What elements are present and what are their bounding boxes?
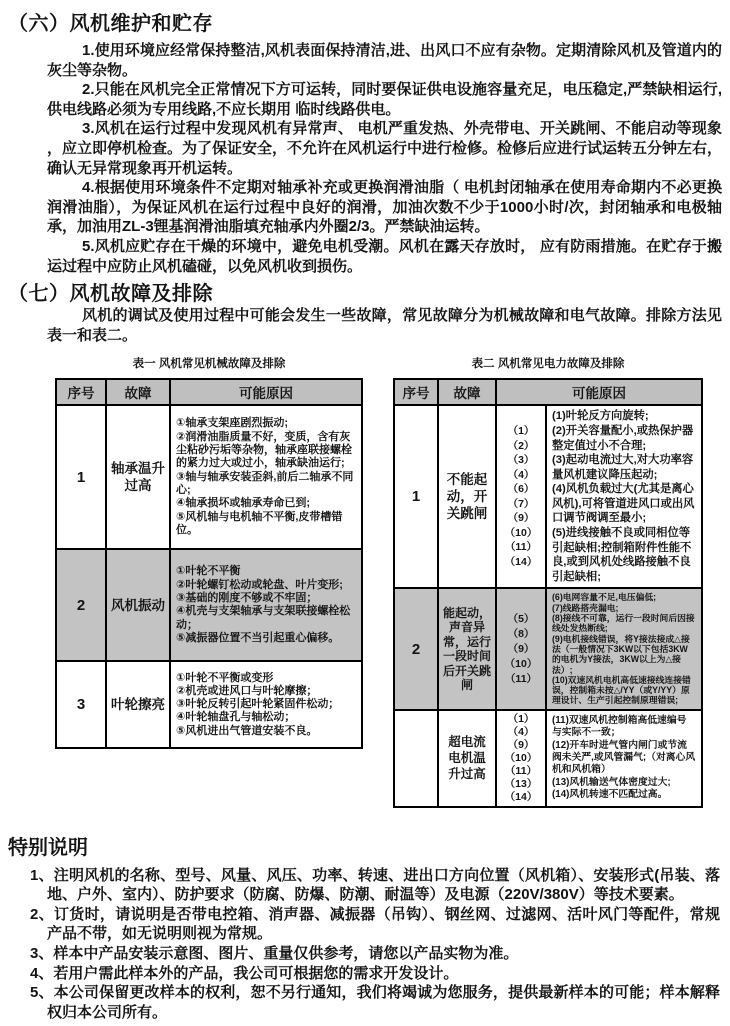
table2-header-cause: 可能原因 (496, 379, 702, 405)
table1-title: 表一 风机常见机械故障及排除 (55, 357, 363, 371)
table1-header-fault: 故障 (106, 379, 170, 405)
special-notes-title: 特别说明 (8, 836, 722, 860)
maintenance-paragraph-1: 1.使用环境应经常保持整洁,风机表面保持清洁,进、出风口不应有杂物。定期清除风机… (47, 41, 722, 80)
table1-row1-no: 1 (56, 405, 106, 549)
table2-header-row: 序号 故障 可能原因 (394, 379, 702, 405)
special-note-1: 1、注明风机的名称、型号、风量、风压、功率、转速、进出口方向位置（风机箱）、安装… (30, 866, 720, 905)
table2-row1-causes: (1)叶轮反方向旋转; (2)开关容量配小,或热保护器整定值过小不合理; (3)… (546, 405, 702, 588)
table2-row3-causes: (11)双速风机控制箱高低速编号与实际不一致； (12)开车时进气管内闸门或节流… (546, 710, 702, 807)
table2-row-1: 1 不能起动，开关跳闸 （1） （2） （3） （4） （6） （7） （9） … (394, 405, 702, 588)
table2-row1-no: 1 (394, 405, 438, 588)
maintenance-paragraph-3: 3.风机在运行过程中发现风机有异常声、 电机严重发热、外壳带电、开关跳闸、不能启… (47, 119, 722, 178)
table2-row2-fault: 能起动，声音异常，运行一段时间后开关跳闸 (438, 588, 496, 709)
table2-row3-no (394, 710, 438, 807)
table1-row1-fault: 轴承温升过高 (106, 405, 170, 549)
table2-header-fault: 故障 (438, 379, 496, 405)
table1-header-row: 序号 故障 可能原因 (56, 379, 362, 405)
table1-header-no: 序号 (56, 379, 106, 405)
special-note-2: 2、订货时，请说明是否带电控箱、消声器、减振器（吊钩）、钢丝网、过滤网、活叶风门… (30, 905, 720, 944)
mechanical-faults-table: 序号 故障 可能原因 1 轴承温升过高 ①轴承支架座剧烈振动; ②润滑油脂质量不… (55, 378, 363, 749)
fault-tables: 表一 风机常见机械故障及排除 序号 故障 可能原因 1 轴承温升过高 ①轴承支架… (55, 357, 730, 807)
section-faults-body: 风机的调试及使用过程中可能会发生一些故障，常见故障分为机械故障和电气故障。排除方… (47, 306, 722, 345)
special-notes-list: 1、注明风机的名称、型号、风量、风压、功率、转速、进出口方向位置（风机箱）、安装… (30, 866, 720, 1023)
table2-header-no: 序号 (394, 379, 438, 405)
table1-row2-no: 2 (56, 549, 106, 661)
table1-row3-causes: ①叶轮不平衡或变形 ②机壳或进风口与叶轮摩擦； ③叶轮反转引起叶轮紧固件松动； … (170, 661, 362, 748)
document-page: （六）风机维护和贮存 1.使用环境应经常保持整洁,风机表面保持清洁,进、出风口不… (0, 0, 730, 1026)
table2-row-2: 2 能起动，声音异常，运行一段时间后开关跳闸 （5） （8） （9） （10） … (394, 588, 702, 709)
special-note-4: 4、若用户需此样本外的产品，我公司可根据您的需求开发设计。 (30, 964, 720, 984)
table2-row2-no: 2 (394, 588, 438, 709)
electrical-faults-block: 表二 风机常见电力故障及排除 序号 故障 可能原因 1 不能起动，开关跳闸 （1… (393, 357, 703, 807)
table2-row1-fault: 不能起动，开关跳闸 (438, 405, 496, 588)
mechanical-faults-block: 表一 风机常见机械故障及排除 序号 故障 可能原因 1 轴承温升过高 ①轴承支架… (55, 357, 363, 807)
table1-header-cause: 可能原因 (170, 379, 362, 405)
table2-row-3: 超电流电机温升过高 （1） （4） （9） （10） （11） （13） （14… (394, 710, 702, 807)
special-note-3: 3、样本中产品安装示意图、图片、重量仅供参考，请您以产品实物为准。 (30, 944, 720, 964)
maintenance-paragraph-5: 5.风机应贮存在干燥的环境中，避免电机受潮。风机在露天存放时， 应有防雨措施。在… (47, 237, 722, 276)
table2-title: 表二 风机常见电力故障及排除 (393, 357, 703, 371)
section-maintenance-title: （六）风机维护和贮存 (8, 12, 722, 36)
table2-row3-fault: 超电流电机温升过高 (438, 710, 496, 807)
table2-row2-causes: (6)电网容量不足,电压偏低; (7)线路搭壳漏电; (8)接线不可靠，运行一段… (546, 588, 702, 709)
table1-row-3: 3 叶轮擦亮 ①叶轮不平衡或变形 ②机壳或进风口与叶轮摩擦； ③叶轮反转引起叶轮… (56, 661, 362, 748)
section-maintenance-body: 1.使用环境应经常保持整洁,风机表面保持清洁,进、出风口不应有杂物。定期清除风机… (47, 41, 722, 276)
table1-row1-causes: ①轴承支架座剧烈振动; ②润滑油脂质量不好，变质，含有灰尘粘砂污垢等杂物，轴承座… (170, 405, 362, 549)
special-note-5: 5、本公司保留更改样本的权利，恕不另行通知，我们将竭诚为您服务，提供最新样本的可… (30, 983, 720, 1022)
table1-row3-no: 3 (56, 661, 106, 748)
faults-intro: 风机的调试及使用过程中可能会发生一些故障，常见故障分为机械故障和电气故障。排除方… (47, 306, 722, 345)
table1-row3-fault: 叶轮擦亮 (106, 661, 170, 748)
electrical-faults-table: 序号 故障 可能原因 1 不能起动，开关跳闸 （1） （2） （3） （4） （… (393, 378, 703, 807)
maintenance-paragraph-2: 2.只能在风机完全正常情况下方可运转，同时要保证供电设施容量充足，电压稳定,严禁… (47, 80, 722, 119)
table1-row2-causes: ①叶轮不平衡 ②叶轮螺钉松动或轮盘、叶片变形; ③基础的刚度不够或不牢固； ④机… (170, 549, 362, 661)
maintenance-paragraph-4: 4.根据使用环境条件不定期对轴承补充或更换润滑油脂（ 电机封闭轴承在使用寿命期内… (47, 178, 722, 237)
table2-row2-refs: （5） （8） （9） （10） （11） (496, 588, 546, 709)
section-faults-title: （七）风机故障及排除 (8, 282, 722, 306)
table1-row-2: 2 风机振动 ①叶轮不平衡 ②叶轮螺钉松动或轮盘、叶片变形; ③基础的刚度不够或… (56, 549, 362, 661)
table2-row3-refs: （1） （4） （9） （10） （11） （13） （14） (496, 710, 546, 807)
table1-row2-fault: 风机振动 (106, 549, 170, 661)
table2-row1-refs: （1） （2） （3） （4） （6） （7） （9） （10） （11） （1… (496, 405, 546, 588)
table1-row-1: 1 轴承温升过高 ①轴承支架座剧烈振动; ②润滑油脂质量不好，变质，含有灰尘粘砂… (56, 405, 362, 549)
